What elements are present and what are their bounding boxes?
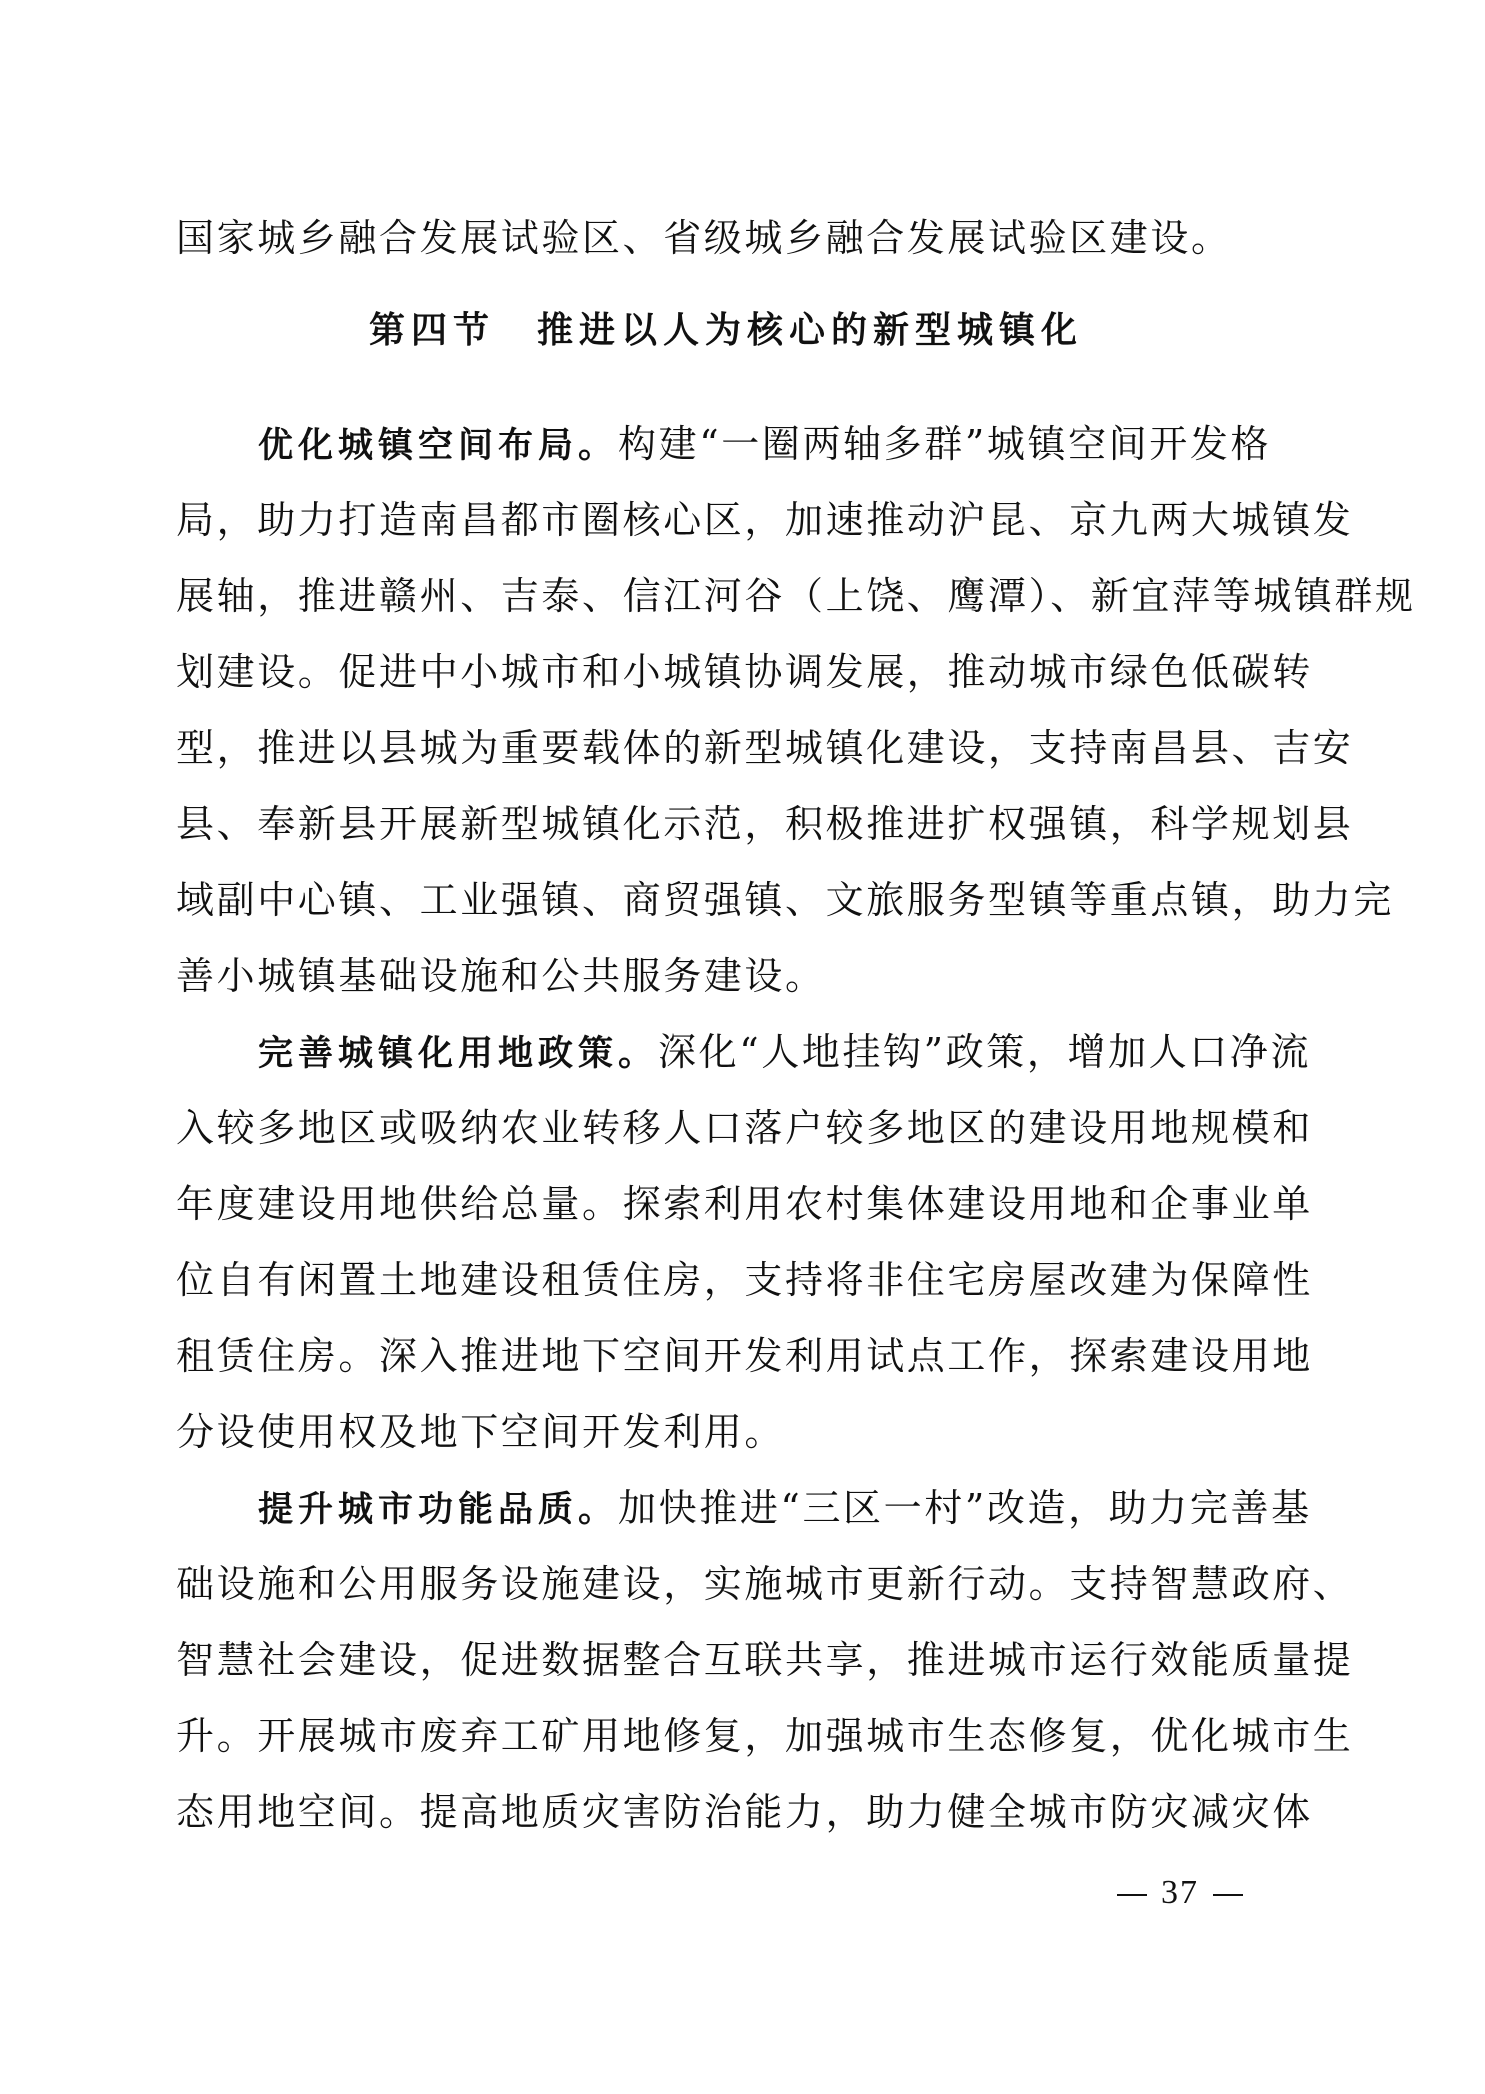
paragraph-line: 型，推进以县城为重要载体的新型城镇化建设，支持南昌县、吉安: [176, 710, 1276, 786]
paragraph-text: 构建“一圈两轴多群”城镇空间开发格: [618, 422, 1271, 466]
paragraph-line: 年度建设用地供给总量。探索利用农村集体建设用地和企事业单: [176, 1166, 1276, 1242]
paragraph-text: 加快推进“三区一村”改造，助力完善基: [618, 1486, 1312, 1530]
paragraph-line: 县、奉新县开展新型城镇化示范，积极推进扩权强镇，科学规划县: [176, 786, 1276, 862]
paragraph-line: 局，助力打造南昌都市圈核心区，加速推动沪昆、京九两大城镇发: [176, 482, 1276, 558]
page-number-value: 37: [1161, 1874, 1199, 1911]
paragraph-lead: 优化城镇空间布局。: [258, 426, 618, 466]
paragraph-lead: 提升城市功能品质。: [258, 1490, 618, 1530]
dash-decoration: [1117, 1894, 1147, 1896]
paragraph-line: 入较多地区或吸纳农业转移人口落户较多地区的建设用地规模和: [176, 1090, 1276, 1166]
paragraph-line: 位自有闲置土地建设租赁住房，支持将非住宅房屋改建为保障性: [176, 1242, 1276, 1318]
document-page: 国家城乡融合发展试验区、省级城乡融合发展试验区建设。 第四节推进以人为核心的新型…: [176, 200, 1276, 1850]
paragraph-first-line: 提升城市功能品质。加快推进“三区一村”改造，助力完善基: [176, 1470, 1276, 1546]
section-title: 推进以人为核心的新型城镇化: [537, 310, 1083, 351]
paragraph-line: 展轴，推进赣州、吉泰、信江河谷（上饶、鹰潭）、新宜萍等城镇群规: [176, 558, 1276, 634]
paragraph-land-policy: 完善城镇化用地政策。深化“人地挂钩”政策，增加人口净流 入较多地区或吸纳农业转移…: [176, 1014, 1276, 1470]
dash-decoration: [1213, 1894, 1243, 1896]
paragraph-first-line: 优化城镇空间布局。构建“一圈两轴多群”城镇空间开发格: [176, 406, 1276, 482]
paragraph-urban-layout: 优化城镇空间布局。构建“一圈两轴多群”城镇空间开发格 局，助力打造南昌都市圈核心…: [176, 406, 1276, 1014]
paragraph-line: 态用地空间。提高地质灾害防治能力，助力健全城市防灾减灾体: [176, 1774, 1276, 1850]
intro-line: 国家城乡融合发展试验区、省级城乡融合发展试验区建设。: [176, 200, 1276, 276]
paragraph-lead: 完善城镇化用地政策。: [258, 1034, 658, 1074]
paragraph-line: 划建设。促进中小城市和小城镇协调发展，推动城市绿色低碳转: [176, 634, 1276, 710]
paragraph-line: 域副中心镇、工业强镇、商贸强镇、文旅服务型镇等重点镇，助力完: [176, 862, 1276, 938]
paragraph-line: 善小城镇基础设施和公共服务建设。: [176, 938, 1276, 1014]
paragraph-line: 升。开展城市废弃工矿用地修复，加强城市生态修复，优化城市生: [176, 1698, 1276, 1774]
paragraph-line: 智慧社会建设，促进数据整合互联共享，推进城市运行效能质量提: [176, 1622, 1276, 1698]
section-heading: 第四节推进以人为核心的新型城镇化: [176, 276, 1276, 406]
paragraph-text: 深化“人地挂钩”政策，增加人口净流: [658, 1030, 1311, 1074]
paragraph-city-function: 提升城市功能品质。加快推进“三区一村”改造，助力完善基 础设施和公用服务设施建设…: [176, 1470, 1276, 1850]
paragraph-line: 分设使用权及地下空间开发利用。: [176, 1394, 1276, 1470]
paragraph-line: 租赁住房。深入推进地下空间开发利用试点工作，探索建设用地: [176, 1318, 1276, 1394]
paragraph-line: 础设施和公用服务设施建设，实施城市更新行动。支持智慧政府、: [176, 1546, 1276, 1622]
section-number: 第四节: [369, 310, 495, 351]
paragraph-first-line: 完善城镇化用地政策。深化“人地挂钩”政策，增加人口净流: [176, 1014, 1276, 1090]
page-number: 37: [1100, 1874, 1260, 1912]
